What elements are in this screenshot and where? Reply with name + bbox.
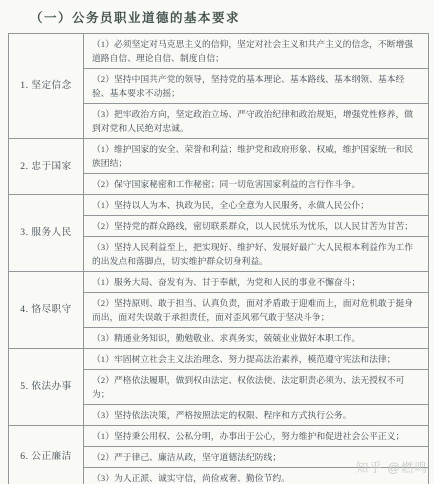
requirement-cell: （2）坚持中国共产党的领导，坚持党的基本理论、基本路线、基本纲领、基本经验、基本… — [84, 69, 429, 104]
requirement-cell: （3）为人正派、诚实守信，尚俭戒奢、勤俭节约。 — [84, 468, 429, 484]
table-row: 4. 恪尽职守 （1）服务大局、奋发有为、甘于奉献，为党和人民的事业不懈奋斗； — [9, 272, 429, 293]
row-group-act-by-law: 5. 依法办事 （1）牢固树立社会主义法治理念、努力提高法治素养，模范遵守宪法和… — [9, 349, 429, 426]
row-group-fair-and-honest: 6. 公正廉洁 （1）坚持秉公用权、公私分明，办事出于公心，努力维护和促进社会公… — [9, 426, 429, 484]
table-row: 5. 依法办事 （1）牢固树立社会主义法治理念、努力提高法治素养，模范遵守宪法和… — [9, 349, 429, 370]
row-label: 2. 忠于国家 — [9, 139, 84, 195]
table-row: 3. 服务人民 （1）坚持以人为本、执政为民，全心全意为人民服务，永做人民公仆； — [9, 195, 429, 216]
row-label: 5. 依法办事 — [9, 349, 84, 426]
requirement-cell: （1）坚持秉公用权、公私分明，办事出于公心，努力维护和促进社会公平正义； — [84, 426, 429, 447]
row-group-loyal-to-country: 2. 忠于国家 （1）维护国家的安全、荣誉和利益；维护党和政府形象、权威，维护国… — [9, 139, 429, 195]
requirement-cell: （1）坚持以人为本、执政为民，全心全意为人民服务，永做人民公仆； — [84, 195, 429, 216]
table-row: 1. 坚定信念 （1）必须坚定对马克思主义的信仰，坚定对社会主义和共产主义的信念… — [9, 34, 429, 69]
requirement-cell: （2）保守国家秘密和工作秘密；同一切危害国家利益的言行作斗争。 — [84, 174, 429, 195]
ethics-requirements-table: 1. 坚定信念 （1）必须坚定对马克思主义的信仰，坚定对社会主义和共产主义的信念… — [8, 33, 429, 484]
requirement-cell: （2）严于律己、廉洁从政，坚守道德法纪防线； — [84, 447, 429, 468]
requirement-cell: （1）必须坚定对马克思主义的信仰，坚定对社会主义和共产主义的信念，不断增强道路自… — [84, 34, 429, 69]
requirement-cell: （3）坚持人民利益至上，把实现好、维护好、发展好最广大人民根本利益作为工作的出发… — [84, 237, 429, 272]
row-group-firm-beliefs: 1. 坚定信念 （1）必须坚定对马克思主义的信仰，坚定对社会主义和共产主义的信念… — [9, 34, 429, 139]
requirement-cell: （3）坚持依法决策，严格按照法定的权限、程序和方式执行公务。 — [84, 405, 429, 426]
row-group-serve-people: 3. 服务人民 （1）坚持以人为本、执政为民，全心全意为人民服务，永做人民公仆；… — [9, 195, 429, 272]
requirement-cell: （1）服务大局、奋发有为、甘于奉献，为党和人民的事业不懈奋斗； — [84, 272, 429, 293]
row-group-devotion-to-duty: 4. 恪尽职守 （1）服务大局、奋发有为、甘于奉献，为党和人民的事业不懈奋斗； … — [9, 272, 429, 349]
requirement-cell: （2）坚持原则、敢于担当、认真负责，面对矛盾敢于迎难而上，面对危机敢于挺身而出，… — [84, 293, 429, 328]
requirement-cell: （3）把牢政治方向，坚定政治立场、严守政治纪律和政治规矩，增强党性修养，做到对党… — [84, 104, 429, 139]
page-title: （一）公务员职业道德的基本要求 — [30, 8, 434, 26]
requirement-cell: （3）精通业务知识，勤勉敬业、求真务实，兢兢业业做好本职工作。 — [84, 328, 429, 349]
requirement-cell: （1）牢固树立社会主义法治理念、努力提高法治素养，模范遵守宪法和法律； — [84, 349, 429, 370]
requirement-cell: （1）维护国家的安全、荣誉和利益；维护党和政府形象、权威，维护国家统一和民族团结… — [84, 139, 429, 174]
row-label: 1. 坚定信念 — [9, 34, 84, 139]
requirement-cell: （2）坚持党的群众路线，密切联系群众，以人民忧乐为忧乐，以人民甘苦为甘苦； — [84, 216, 429, 237]
row-label: 4. 恪尽职守 — [9, 272, 84, 349]
requirement-cell: （2）严格依法履职，做到权由法定、权依法使、法定职责必须为、法无授权不可为； — [84, 370, 429, 405]
row-label: 6. 公正廉洁 — [9, 426, 84, 484]
row-label: 3. 服务人民 — [9, 195, 84, 272]
table-row: 6. 公正廉洁 （1）坚持秉公用权、公私分明，办事出于公心，努力维护和促进社会公… — [9, 426, 429, 447]
table-row: 2. 忠于国家 （1）维护国家的安全、荣誉和利益；维护党和政府形象、权威，维护国… — [9, 139, 429, 174]
